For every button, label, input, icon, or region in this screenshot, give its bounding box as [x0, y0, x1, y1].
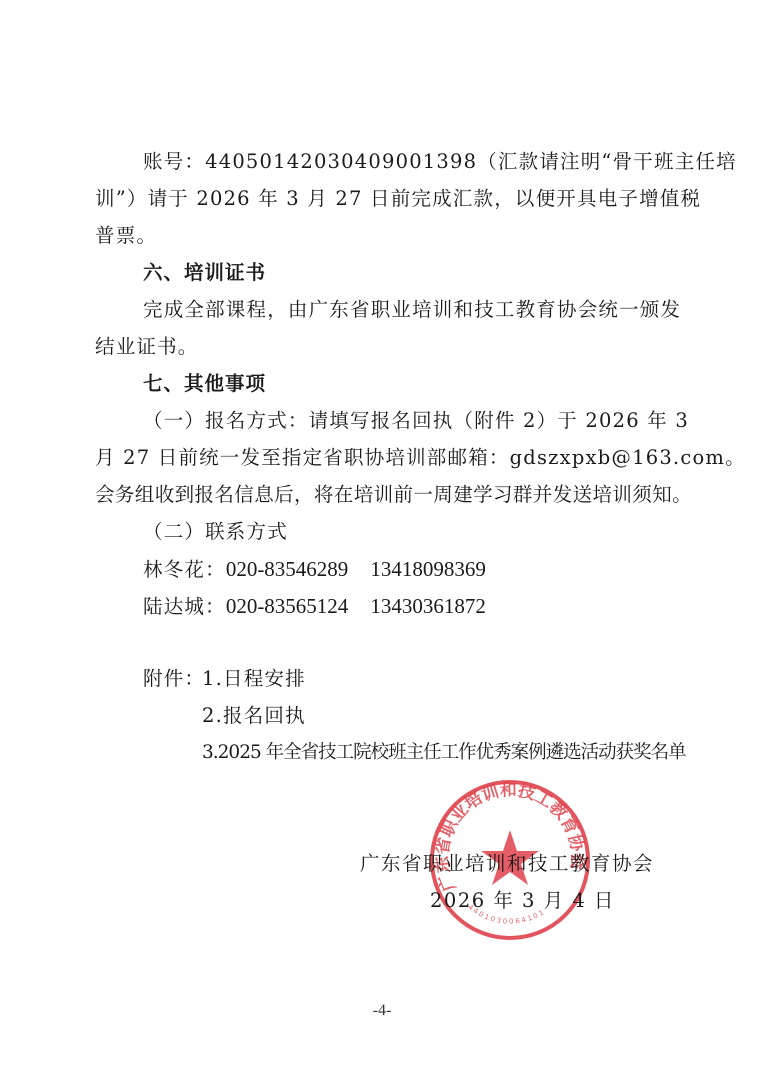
account-line-3: 普票。 [95, 224, 157, 248]
contact-heading: （二）联系方式 [143, 520, 288, 544]
page-number: -4- [0, 1002, 764, 1020]
signature-date: 2026 年 3 月 4 日 [430, 889, 615, 913]
contact-phone: 020-83546289 [226, 557, 349, 581]
section-7-heading: 七、其他事项 [143, 372, 266, 396]
attachment-item-1: 1.日程安排 [202, 667, 306, 691]
account-line-1: 账号：44050142030409001398（汇款请注明“骨干班主任培 [143, 150, 737, 174]
contact-name: 陆达城： [143, 595, 226, 618]
attachment-item-3: 3.2025 年全省技工院校班主任工作优秀案例遴选活动获奖名单 [202, 741, 686, 765]
contact-phone: 020-83565124 [226, 594, 349, 618]
section-6-heading: 六、培训证书 [143, 261, 266, 285]
contact-mobile: 13418098369 [370, 557, 486, 581]
section-6-line-2: 结业证书。 [95, 335, 199, 359]
account-line-2: 训”）请于 2026 年 3 月 27 日前完成汇款，以便开具电子增值税 [95, 187, 701, 211]
contact-name: 林冬花： [143, 558, 226, 581]
registration-line-2: 月 27 日前统一发至指定省职协培训部邮箱：gdszxpxb@163.com。 [95, 446, 746, 470]
registration-line-3: 会务组收到报名信息后，将在培训前一周建学习群并发送培训须知。 [95, 483, 692, 507]
attachments-label: 附件： [143, 667, 205, 691]
registration-line-1: （一）报名方式：请填写报名回执（附件 2）于 2026 年 3 [143, 409, 689, 433]
contact-mobile: 13430361872 [370, 594, 486, 618]
contact-row: 陆达城：020-8356512413430361872 [143, 594, 486, 619]
section-6-line-1: 完成全部课程，由广东省职业培训和技工教育协会统一颁发 [143, 298, 681, 322]
contact-row: 林冬花：020-8354628913418098369 [143, 557, 486, 582]
signature-organization: 广东省职业培训和技工教育协会 [360, 852, 654, 876]
attachment-item-2: 2.报名回执 [202, 704, 306, 728]
